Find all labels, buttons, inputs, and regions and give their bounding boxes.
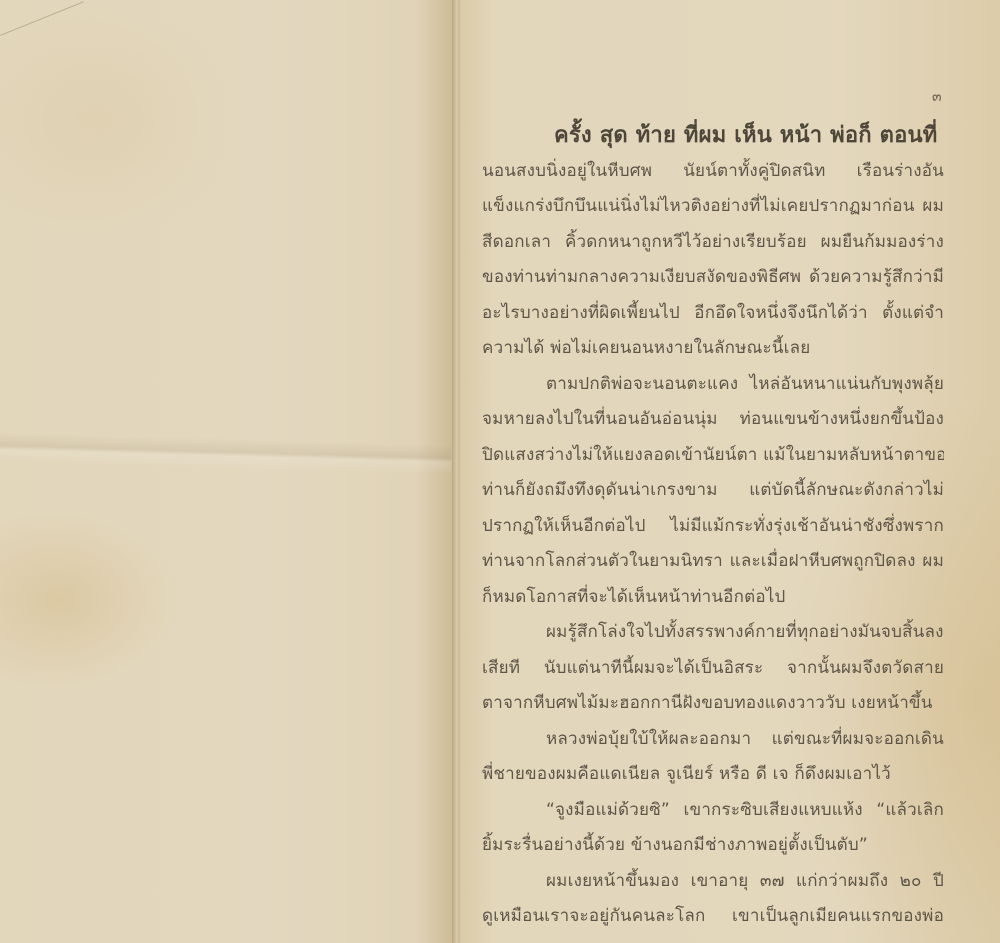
text-line: ผมเงยหน้าขึ้นมอง เขาอายุ ๓๗ แก่กว่าผมถึง… — [482, 864, 944, 900]
book-spread: ๓ ครั้ง สุด ท้าย ที่ผม เห็น หน้า พ่อก็ ต… — [0, 0, 1000, 943]
text-line: ผมรู้สึกโล่งใจไปทั้งสรรพางค์กายที่ทุกอย่… — [482, 615, 944, 651]
text-line: พี่ชายของผมคือแดเนียล จูเนียร์ หรือ ดี เ… — [482, 757, 944, 793]
text-line: ยิ้มระรื่นอย่างนี้ด้วย ข้างนอกมีช่างภาพอ… — [482, 828, 944, 864]
text-line: ปิดแสงสว่างไม่ให้แยงลอดเข้านัยน์ตา แม้ใน… — [482, 438, 944, 474]
text-line: หลวงพ่อบุ้ยใบ้ให้ผละออกมา แต่ขณะที่ผมจะอ… — [482, 722, 944, 758]
text-line: ท่านจากโลกส่วนตัวในยามนิทรา และเมื่อฝาหี… — [482, 544, 944, 580]
page-fold — [0, 432, 452, 475]
book-spine — [452, 0, 460, 943]
text-line: ดูเหมือนเราจะอยู่กันคนละโลก เขาเป็นลูกเม… — [482, 899, 944, 935]
page-number: ๓ — [932, 86, 942, 108]
text-line: ตามปกติพ่อจะนอนตะแคง ไหล่อันหนาแน่นกับพุ… — [482, 367, 944, 403]
text-line: “จูงมือแม่ด้วยซิ” เขากระซิบเสียงแหบแห้ง … — [482, 793, 944, 829]
text-line: ปรากฏให้เห็นอีกต่อไป ไม่มีแม้กระทั่งรุ่ง… — [482, 509, 944, 545]
page-crease — [0, 1, 84, 36]
text-line: ก็หมดโอกาสที่จะได้เห็นหน้าท่านอีกต่อไป — [482, 580, 944, 616]
page-text-block: ครั้ง สุด ท้าย ที่ผม เห็น หน้า พ่อก็ ตอน… — [482, 118, 944, 935]
text-line: อะไรบางอย่างที่ผิดเพี้ยนไป อีกอึดใจหนึ่ง… — [482, 296, 944, 332]
text-line: จมหายลงไปในที่นอนอันอ่อนนุ่ม ท่อนแขนข้าง… — [482, 402, 944, 438]
text-line: ท่านก็ยังถมึงทึงดุดันน่าเกรงขาม แต่บัดนี… — [482, 473, 944, 509]
text-line: ของท่านท่ามกลางความเงียบสงัดของพิธีศพ ด้… — [482, 260, 944, 296]
text-line: เสียที นับแต่นาทีนี้ผมจะได้เป็นอิสระ จาก… — [482, 651, 944, 687]
text-line: นอนสงบนิ่งอยู่ในหีบศพ นัยน์ตาทั้งคู่ปิดส… — [482, 154, 944, 190]
text-line: แข็งแกร่งบึกบึนแน่นิ่งไม่ไหวติงอย่างที่ไ… — [482, 189, 944, 225]
text-line: ตาจากหีบศพไม้มะฮอกกานีฝังขอบทองแดงวาววับ… — [482, 686, 944, 722]
text-line: สีดอกเลา คิ้วดกหนาถูกหวีไว้อย่างเรียบร้อ… — [482, 225, 944, 261]
left-page-blank — [0, 0, 452, 943]
text-line: ความได้ พ่อไม่เคยนอนหงายในลักษณะนี้เลย — [482, 331, 944, 367]
chapter-opening-line: ครั้ง สุด ท้าย ที่ผม เห็น หน้า พ่อก็ ตอน… — [482, 118, 944, 154]
